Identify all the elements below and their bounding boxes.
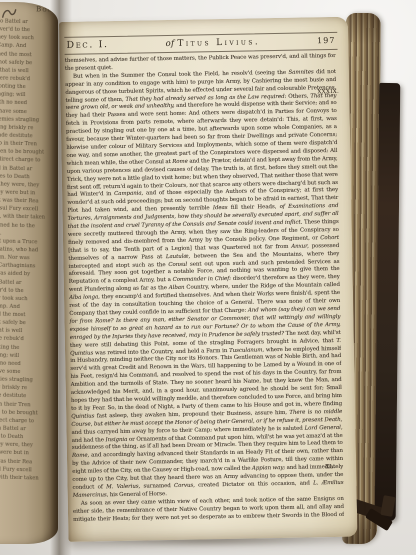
body-text: themselves, and advise further of those … bbox=[65, 53, 344, 522]
margin-note-chapter-xxxix: XXXIX. bbox=[317, 89, 339, 95]
page-inner: Dec. I. ofTitus Livius. 197 XXXIX. XL. t… bbox=[59, 32, 357, 555]
page-number: 197 bbox=[317, 36, 335, 45]
book-title: ofTitus Livius. bbox=[165, 37, 260, 49]
left-page-text-fragment: Ensigns, with their taken bbox=[0, 473, 58, 483]
decade-label: Dec. I. bbox=[66, 39, 108, 51]
left-page-lines: w up to Battel arin deliver'd to thethat… bbox=[0, 17, 58, 483]
title-text: Titus Livius. bbox=[177, 37, 260, 49]
book-photograph: Boo w up to Battel arin deliver'd to the… bbox=[0, 0, 416, 555]
body-text-wrap: themselves, and advise further of those … bbox=[65, 53, 344, 522]
book-cover-board bbox=[375, 83, 401, 521]
right-page: Dec. I. ofTitus Livius. 197 XXXIX. XL. t… bbox=[59, 17, 357, 542]
page-header: Dec. I. ofTitus Livius. 197 bbox=[64, 32, 337, 55]
left-page: Boo w up to Battel arin deliver'd to the… bbox=[0, 2, 58, 544]
paragraph: But when in the Summer the Consul took t… bbox=[65, 69, 344, 501]
margin-note-chapter-xl: XL. bbox=[325, 464, 335, 470]
running-header-row: Dec. I. ofTitus Livius. 197 bbox=[66, 35, 335, 51]
title-of: of bbox=[165, 39, 174, 49]
paragraph: As soon as ever they came within view of… bbox=[73, 496, 344, 522]
left-page-text-fragment: en returned he to the bbox=[0, 220, 58, 230]
